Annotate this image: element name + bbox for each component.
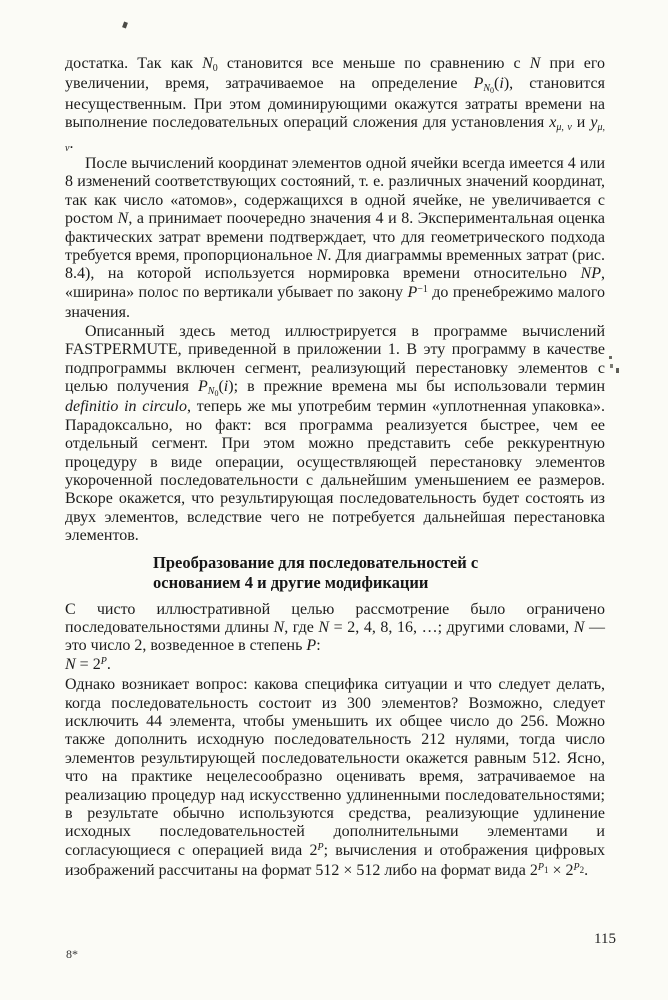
scan-speck	[609, 356, 612, 359]
paragraph-sequence-length: С чисто иллюстративной целью рассмотрени…	[65, 601, 605, 656]
scan-speck	[610, 364, 613, 368]
paragraph-fastpermute: Описанный здесь метод иллюстрируется в п…	[65, 323, 605, 546]
page-number: 115	[586, 931, 616, 948]
section-heading-line1: Преобразование для последовательностей с	[153, 553, 605, 573]
paragraph-300-elements: Однако возникает вопрос: какова специфик…	[65, 676, 605, 882]
formula-n-equals-2p: N = 2P.	[65, 656, 605, 676]
section-heading: Преобразование для последовательностей с…	[153, 553, 605, 593]
signature-mark: 8*	[66, 947, 78, 962]
paragraph-cell-coordinates: После вычислений координат элементов одн…	[65, 155, 605, 323]
scan-speck	[122, 21, 128, 28]
paragraph-continuation: достатка. Так как N0 становится все мень…	[65, 55, 605, 155]
section-heading-line2: основанием 4 и другие модификации	[153, 573, 605, 593]
book-page: достатка. Так как N0 становится все мень…	[65, 55, 605, 883]
scan-speck	[616, 368, 619, 373]
